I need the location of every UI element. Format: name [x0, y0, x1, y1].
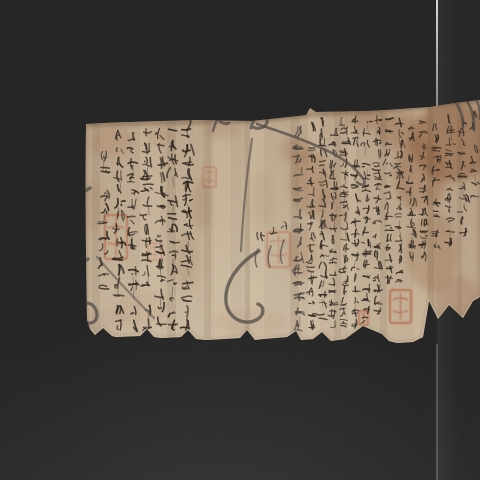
photo-grain	[0, 0, 480, 480]
photograph: Photograph of an antique Joseon-era manu…	[0, 0, 480, 480]
manuscript-document	[0, 0, 480, 480]
